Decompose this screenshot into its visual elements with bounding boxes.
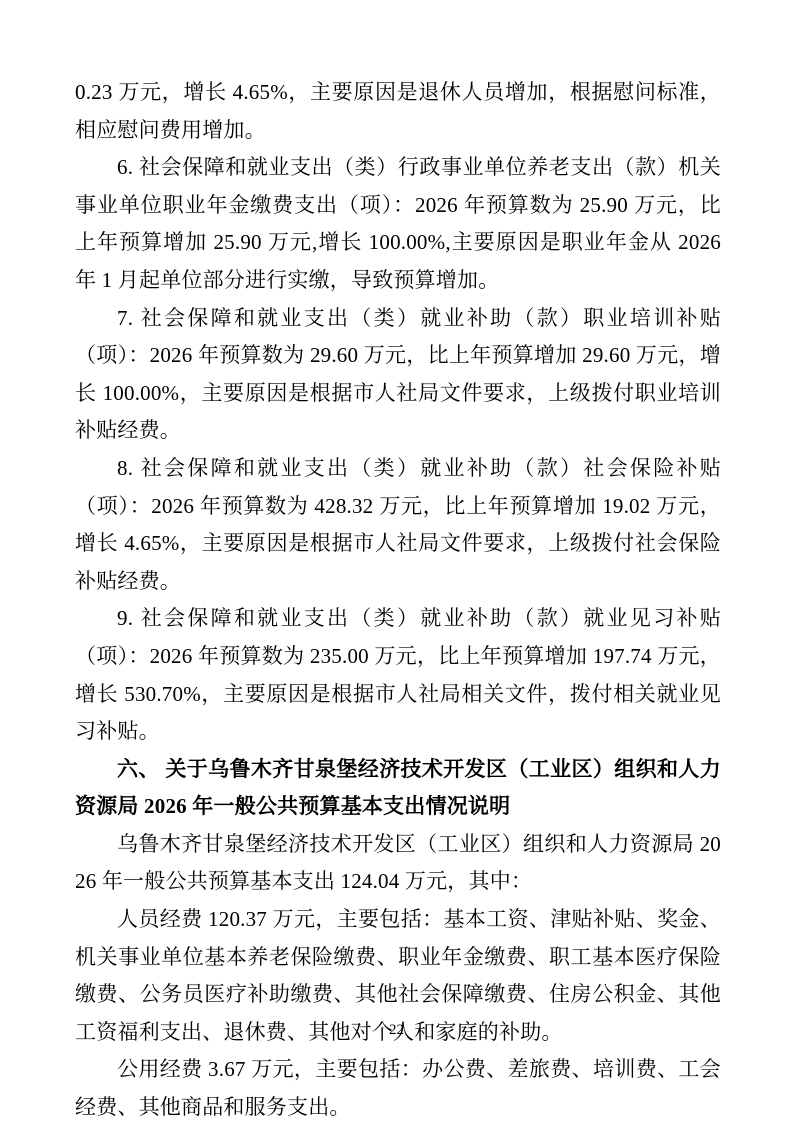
paragraph: 乌鲁木齐甘泉堡经济技术开发区（工业区）组织和人力资源局 2026 年一般公共预算…	[75, 826, 721, 901]
paragraph: 7. 社会保障和就业支出（类）就业补助（款）职业培训补贴（项）：2026 年预算…	[75, 300, 721, 450]
section-heading: 六、 关于乌鲁木齐甘泉堡经济技术开发区（工业区）组织和人力资源局 2026 年一…	[75, 751, 721, 826]
paragraph: 9. 社会保障和就业支出（类）就业补助（款）就业见习补贴（项）：2026 年预算…	[75, 600, 721, 750]
document-body: 0.23 万元，增长 4.65%，主要原因是退休人员增加，根据慰问标准，相应慰问…	[75, 74, 721, 1122]
paragraph: 公用经费 3.67 万元，主要包括：办公费、差旅费、培训费、工会经费、其他商品和…	[75, 1051, 721, 1122]
paragraph: 6. 社会保障和就业支出（类）行政事业单位养老支出（款）机关事业单位职业年金缴费…	[75, 149, 721, 299]
paragraph: 0.23 万元，增长 4.65%，主要原因是退休人员增加，根据慰问标准，相应慰问…	[75, 74, 721, 149]
page-number: 22	[0, 1020, 793, 1040]
paragraph: 8. 社会保障和就业支出（类）就业补助（款）社会保险补贴（项）：2026 年预算…	[75, 450, 721, 600]
document-page: 0.23 万元，增长 4.65%，主要原因是退休人员增加，根据慰问标准，相应慰问…	[0, 0, 793, 1122]
